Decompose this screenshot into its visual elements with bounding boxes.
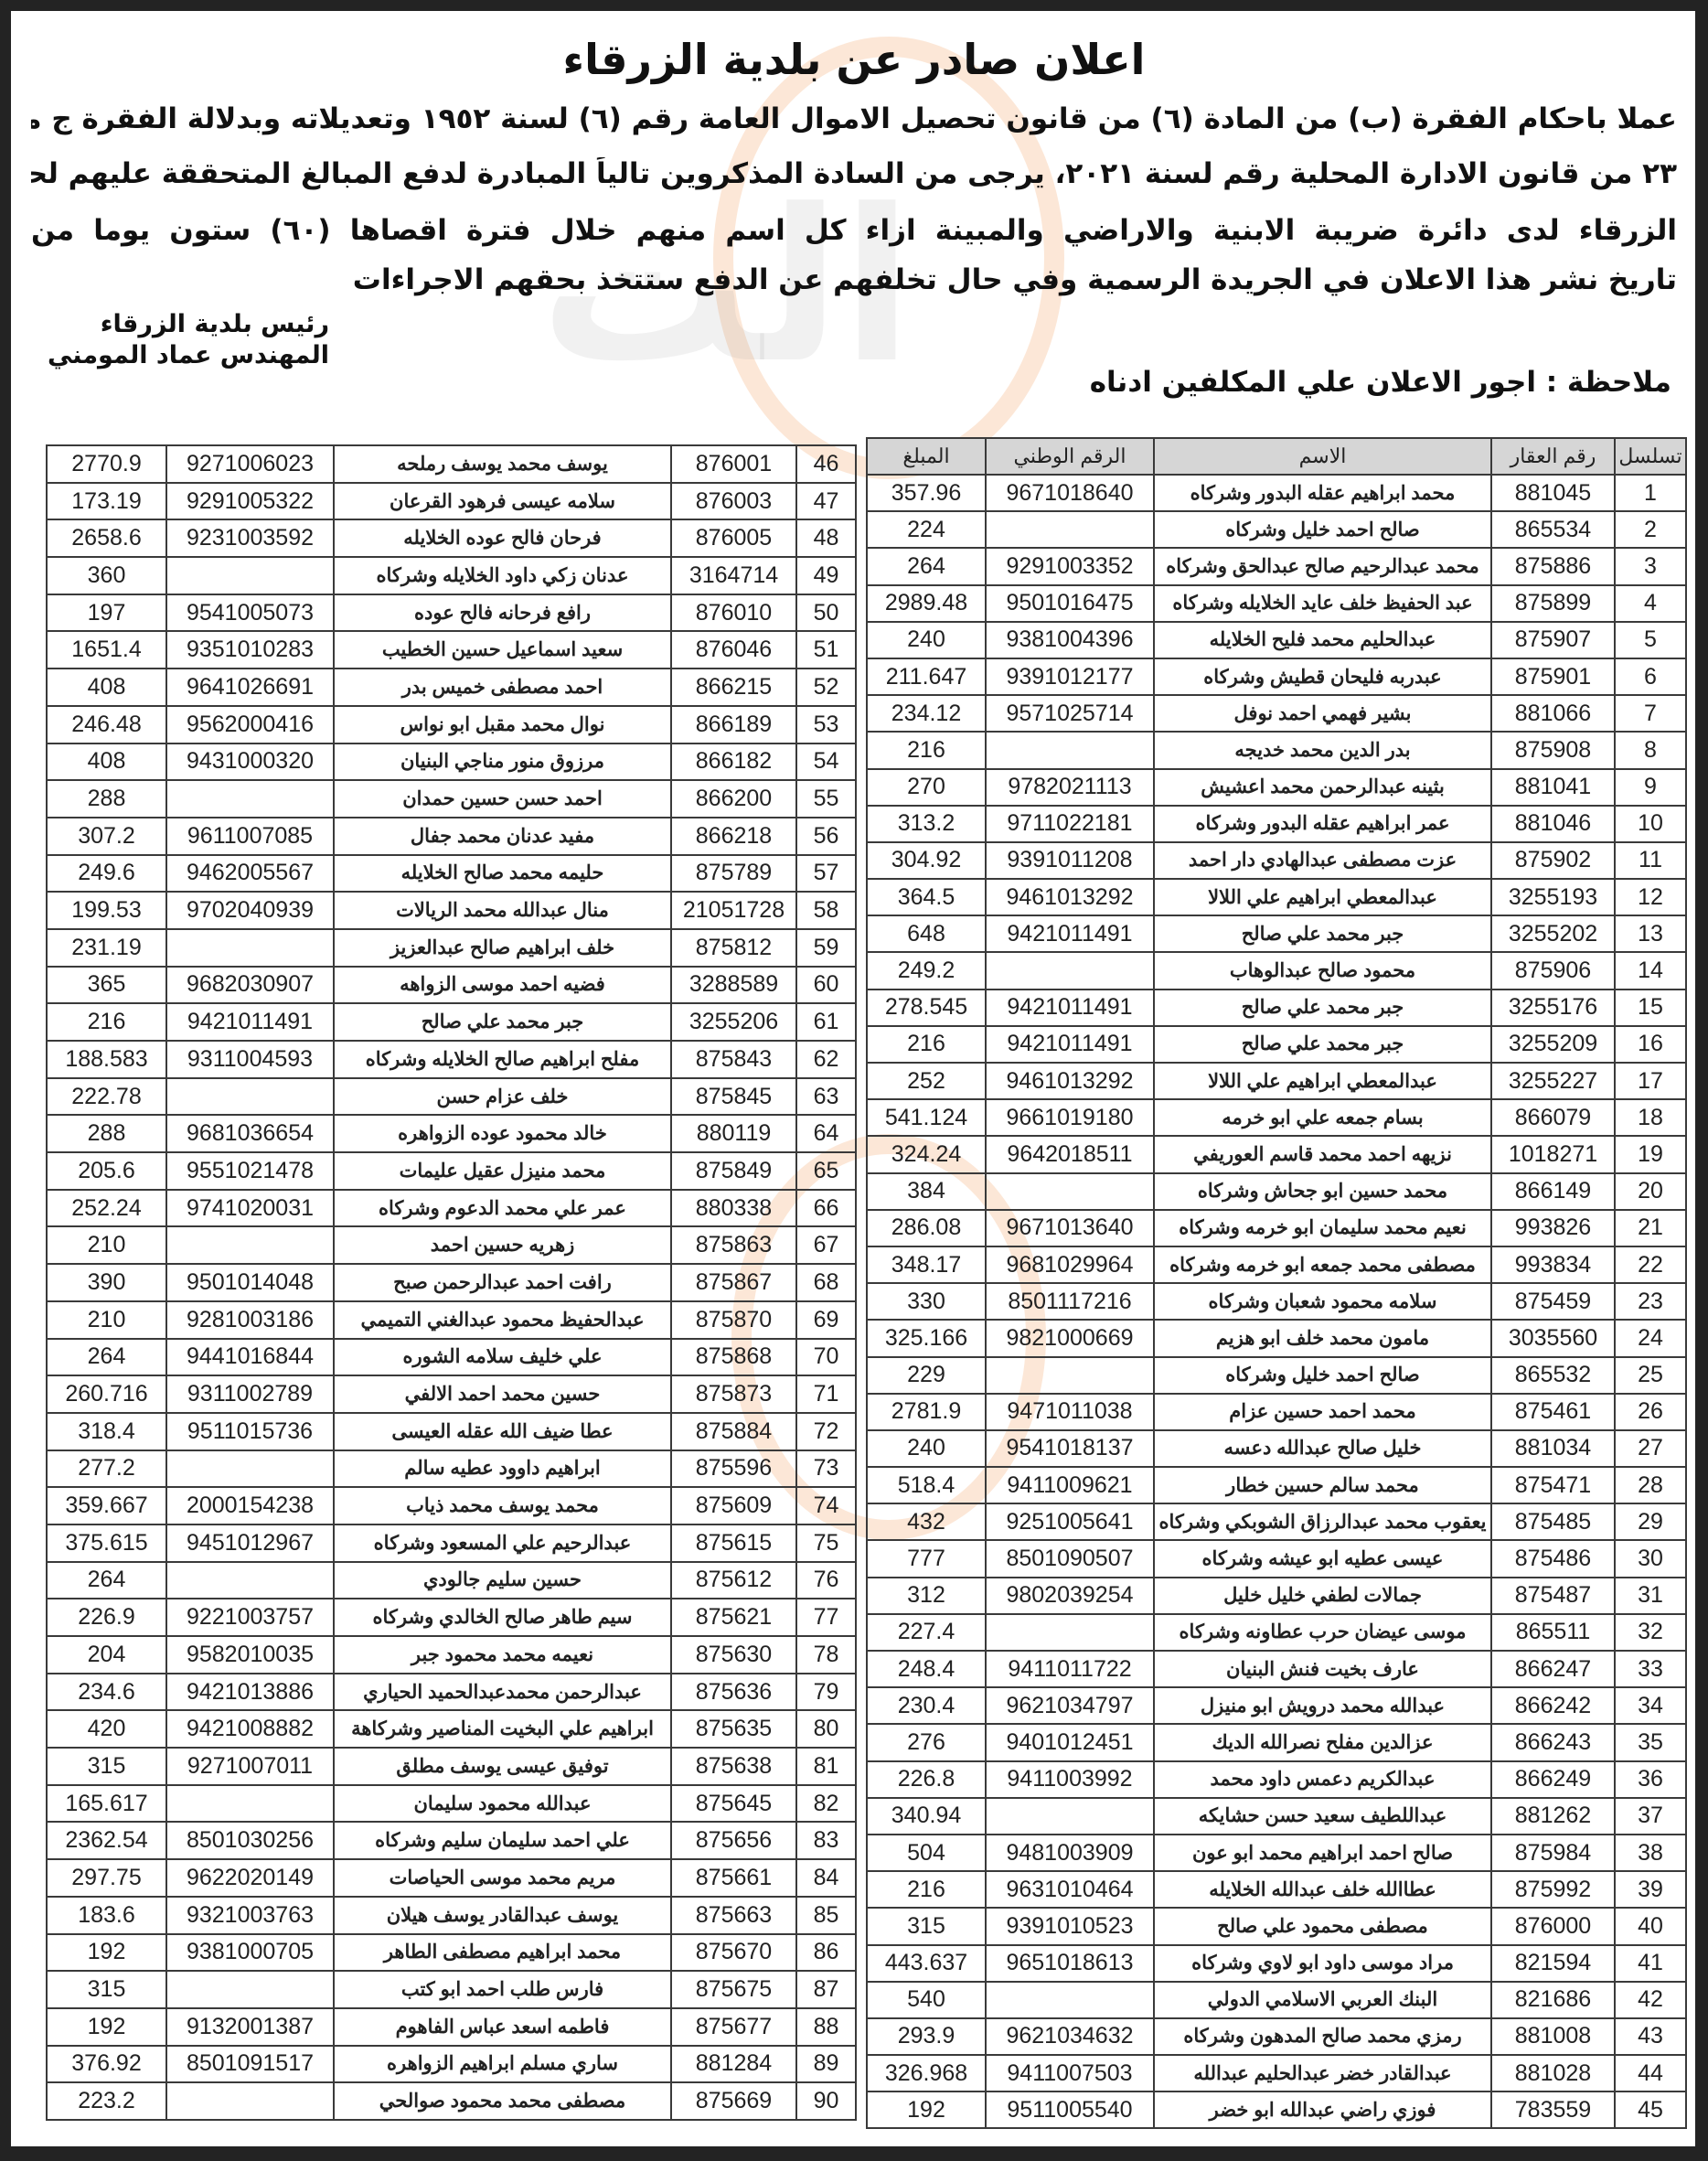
cell-national-no: 9411009621 bbox=[986, 1467, 1154, 1503]
cell-name: جبر محمد علي صالح bbox=[334, 1003, 671, 1041]
cell-property-no: 821686 bbox=[1491, 1982, 1615, 2018]
cell-amount: 278.545 bbox=[867, 990, 986, 1026]
cell-amount: 240 bbox=[867, 1430, 986, 1467]
cell-amount: 313.2 bbox=[867, 806, 986, 842]
cell-national-no: 9391011208 bbox=[986, 842, 1154, 879]
table-row: 163255209جبر محمد علي صالح9421011491216 bbox=[867, 1026, 1686, 1063]
cell-national-no: 9321003763 bbox=[166, 1897, 334, 1934]
cell-national-no: 9541018137 bbox=[986, 1430, 1154, 1467]
cell-serial: 52 bbox=[796, 669, 856, 706]
cell-national-no: 9471011038 bbox=[986, 1394, 1154, 1430]
table-row: 72875884عطا ضيف الله عقله العيسى95110157… bbox=[47, 1413, 856, 1450]
table-row: 7881066بشير فهمي احمد نوفل9571025714234.… bbox=[867, 695, 1686, 732]
cell-amount: 192 bbox=[47, 1934, 166, 1972]
cell-name: نعيمه محمد محمود جبر bbox=[334, 1636, 671, 1674]
table-right: تسلسل رقم العقار الاسم الرقم الوطني المب… bbox=[866, 437, 1687, 2129]
cell-national-no: 9582010035 bbox=[166, 1636, 334, 1674]
cell-property-no: 875677 bbox=[671, 2008, 796, 2046]
cell-property-no: 881046 bbox=[1491, 806, 1615, 842]
cell-name: سيم طاهر صالح الخالدي وشركاه bbox=[334, 1599, 671, 1636]
cell-amount: 420 bbox=[47, 1710, 166, 1748]
table-row: 85875663يوسف عبدالقادر يوسف هيلان9321003… bbox=[47, 1897, 856, 1934]
cell-serial: 29 bbox=[1615, 1503, 1686, 1540]
cell-serial: 74 bbox=[796, 1487, 856, 1524]
cell-national-no: 9411007503 bbox=[986, 2055, 1154, 2091]
cell-serial: 87 bbox=[796, 1971, 856, 2008]
signature-block: رئيس بلدية الزرقاء المهندس عماد المومني bbox=[37, 309, 329, 371]
table-row: 77875621سيم طاهر صالح الخالدي وشركاه9221… bbox=[47, 1599, 856, 1636]
cell-amount: 2781.9 bbox=[867, 1394, 986, 1430]
table-row: 55866200احمد حسن حسين حمدان288 bbox=[47, 780, 856, 818]
cell-amount: 270 bbox=[867, 769, 986, 806]
table-row: 35866243عزالدين مفلح نصرالله الديك940101… bbox=[867, 1724, 1686, 1760]
cell-property-no: 3255202 bbox=[1491, 915, 1615, 952]
table-row: 38875984صالح احمد ابراهيم محمد ابو عون94… bbox=[867, 1835, 1686, 1871]
cell-amount: 315 bbox=[867, 1908, 986, 1944]
cell-serial: 4 bbox=[1615, 585, 1686, 622]
table-row: 75875615عبدالرحيم علي المسعود وشركاه9451… bbox=[47, 1524, 856, 1562]
cell-amount: 390 bbox=[47, 1264, 166, 1301]
cell-serial: 25 bbox=[1615, 1357, 1686, 1394]
cell-name: موسى عيضان حرب عطاونه وشركاه bbox=[1154, 1614, 1491, 1651]
cell-serial: 69 bbox=[796, 1301, 856, 1339]
cell-serial: 34 bbox=[1615, 1687, 1686, 1724]
cell-serial: 14 bbox=[1615, 952, 1686, 989]
cell-amount: 224 bbox=[867, 511, 986, 548]
cell-national-no: 9231003592 bbox=[166, 519, 334, 557]
cell-serial: 64 bbox=[796, 1115, 856, 1152]
cell-name: منال عبدالله محمد الريالات bbox=[334, 892, 671, 929]
table-row: 82875645عبدالله محمود سليمان165.617 bbox=[47, 1785, 856, 1823]
cell-serial: 83 bbox=[796, 1822, 856, 1859]
cell-serial: 10 bbox=[1615, 806, 1686, 842]
cell-national-no: 9571025714 bbox=[986, 695, 1154, 732]
cell-national-no bbox=[166, 780, 334, 818]
cell-national-no: 9381000705 bbox=[166, 1934, 334, 1972]
cell-amount: 210 bbox=[47, 1226, 166, 1264]
cell-serial: 61 bbox=[796, 1003, 856, 1041]
cell-serial: 48 bbox=[796, 519, 856, 557]
cell-property-no: 881028 bbox=[1491, 2055, 1615, 2091]
cell-serial: 22 bbox=[1615, 1246, 1686, 1283]
cell-name: عزت مصطفى عبدالهادي دار احمد bbox=[1154, 842, 1491, 879]
table-row: 88875677فاطمه اسعد عباس الفاهوم913200138… bbox=[47, 2008, 856, 2046]
cell-amount: 312 bbox=[867, 1578, 986, 1614]
cell-serial: 70 bbox=[796, 1339, 856, 1376]
cell-national-no: 9132001387 bbox=[166, 2008, 334, 2046]
cell-property-no: 880338 bbox=[671, 1190, 796, 1227]
cell-national-no: 2000154238 bbox=[166, 1487, 334, 1524]
table-row: 14875906محمود صالح عبدالوهاب249.2 bbox=[867, 952, 1686, 989]
cell-national-no: 9291003352 bbox=[986, 548, 1154, 584]
cell-property-no: 3164714 bbox=[671, 557, 796, 594]
cell-national-no bbox=[986, 511, 1154, 548]
cell-name: عبدالرحيم علي المسعود وشركاه bbox=[334, 1524, 671, 1562]
cell-serial: 36 bbox=[1615, 1761, 1686, 1798]
cell-amount: 199.53 bbox=[47, 892, 166, 929]
cell-name: مصطفى محمد محمود صوالحي bbox=[334, 2082, 671, 2120]
cell-serial: 82 bbox=[796, 1785, 856, 1823]
cell-name: صالح احمد ابراهيم محمد ابو عون bbox=[1154, 1835, 1491, 1871]
cell-amount: 192 bbox=[867, 2091, 986, 2128]
cell-serial: 30 bbox=[1615, 1540, 1686, 1577]
cell-amount: 340.94 bbox=[867, 1798, 986, 1835]
cell-name: مفيد عدنان محمد جفال bbox=[334, 818, 671, 855]
cell-property-no: 875845 bbox=[671, 1078, 796, 1116]
cell-serial: 2 bbox=[1615, 511, 1686, 548]
cell-name: خلف عزام حسن bbox=[334, 1078, 671, 1116]
cell-name: مراد موسى داود ابو لاوي وشركاه bbox=[1154, 1945, 1491, 1982]
table-row: 133255202جبر محمد علي صالح9421011491648 bbox=[867, 915, 1686, 952]
cell-serial: 79 bbox=[796, 1674, 856, 1711]
cell-property-no: 866243 bbox=[1491, 1724, 1615, 1760]
cell-serial: 57 bbox=[796, 855, 856, 893]
header-serial: تسلسل bbox=[1615, 438, 1686, 475]
cell-property-no: 865532 bbox=[1491, 1357, 1615, 1394]
cell-serial: 62 bbox=[796, 1041, 856, 1078]
paragraph-line-3: الزرقاء لدى دائرة ضريبة الابنية والاراضي… bbox=[31, 214, 1677, 247]
header-national-no: الرقم الوطني bbox=[986, 438, 1154, 475]
cell-national-no: 9671013640 bbox=[986, 1210, 1154, 1246]
table-row: 89881284ساري مسلم ابراهيم الزواهره850109… bbox=[47, 2046, 856, 2083]
cell-national-no bbox=[166, 557, 334, 594]
cell-serial: 24 bbox=[1615, 1320, 1686, 1356]
cell-serial: 65 bbox=[796, 1152, 856, 1190]
cell-property-no: 875635 bbox=[671, 1710, 796, 1748]
cell-name: عدنان زكي داود الخلايله وشركاه bbox=[334, 557, 671, 594]
cell-national-no: 9421008882 bbox=[166, 1710, 334, 1748]
cell-name: عبداللطيف سعيد حسن حشايكه bbox=[1154, 1798, 1491, 1835]
cell-serial: 88 bbox=[796, 2008, 856, 2046]
cell-serial: 6 bbox=[1615, 658, 1686, 695]
cell-name: محمد عبدالرحيم صالح عبدالحق وشركاه bbox=[1154, 548, 1491, 584]
cell-property-no: 875645 bbox=[671, 1785, 796, 1823]
cell-property-no: 875621 bbox=[671, 1599, 796, 1636]
cell-serial: 67 bbox=[796, 1226, 856, 1264]
cell-national-no: 9461013292 bbox=[986, 1063, 1154, 1099]
cell-serial: 9 bbox=[1615, 769, 1686, 806]
cell-national-no bbox=[166, 1078, 334, 1116]
table-row: 52866215احمد مصطفى خميس بدر9641026691408 bbox=[47, 669, 856, 706]
cell-property-no: 875867 bbox=[671, 1264, 796, 1301]
table-row: 57875789حليمه محمد صالح الخلايله94620055… bbox=[47, 855, 856, 893]
cell-serial: 12 bbox=[1615, 879, 1686, 915]
cell-amount: 249.2 bbox=[867, 952, 986, 989]
cell-national-no: 9711022181 bbox=[986, 806, 1154, 842]
table-row: 56866218مفيد عدنان محمد جفال961100708530… bbox=[47, 818, 856, 855]
cell-national-no: 9421011491 bbox=[986, 990, 1154, 1026]
cell-property-no: 866189 bbox=[671, 706, 796, 744]
cell-property-no: 875789 bbox=[671, 855, 796, 893]
cell-amount: 330 bbox=[867, 1283, 986, 1320]
cell-name: عبدربه فليحان قطيش وشركاه bbox=[1154, 658, 1491, 695]
cell-name: علي احمد سليمان سليم وشركاه bbox=[334, 1822, 671, 1859]
cell-amount: 252 bbox=[867, 1063, 986, 1099]
cell-amount: 376.92 bbox=[47, 2046, 166, 2083]
cell-national-no: 9481003909 bbox=[986, 1835, 1154, 1871]
table-row: 53866189نوال محمد مقبل ابو نواس956200041… bbox=[47, 706, 856, 744]
cell-serial: 35 bbox=[1615, 1724, 1686, 1760]
cell-property-no: 3255206 bbox=[671, 1003, 796, 1041]
cell-serial: 39 bbox=[1615, 1871, 1686, 1908]
cell-property-no: 876003 bbox=[671, 483, 796, 520]
cell-serial: 47 bbox=[796, 483, 856, 520]
cell-serial: 18 bbox=[1615, 1099, 1686, 1136]
table-row: 67875863زهريه حسين احمد210 bbox=[47, 1226, 856, 1264]
table-row: 3875886محمد عبدالرحيم صالح عبدالحق وشركا… bbox=[867, 548, 1686, 584]
cell-property-no: 875907 bbox=[1491, 622, 1615, 658]
cell-national-no: 9641026691 bbox=[166, 669, 334, 706]
cell-name: عبدالرحمن محمدعبدالحميد الحياري bbox=[334, 1674, 671, 1711]
cell-property-no: 865511 bbox=[1491, 1614, 1615, 1651]
cell-national-no: 9782021113 bbox=[986, 769, 1154, 806]
cell-name: عبدالحليم محمد فليح الخلايله bbox=[1154, 622, 1491, 658]
table-row: 80875635ابراهيم علي البخيت المناصير وشرك… bbox=[47, 1710, 856, 1748]
note-line: ملاحظة : اجور الاعلان علي المكلفين ادناه bbox=[1090, 366, 1671, 399]
table-row: 29875485يعقوب محمد عبدالرزاق الشوبكي وشر… bbox=[867, 1503, 1686, 1540]
cell-name: عيسى عطيه ابو عيشه وشركاه bbox=[1154, 1540, 1491, 1577]
cell-serial: 11 bbox=[1615, 842, 1686, 879]
table-header-row: تسلسل رقم العقار الاسم الرقم الوطني المب… bbox=[867, 438, 1686, 475]
cell-national-no: 9441016844 bbox=[166, 1339, 334, 1376]
cell-name: محمود صالح عبدالوهاب bbox=[1154, 952, 1491, 989]
cell-property-no: 875612 bbox=[671, 1562, 796, 1599]
cell-name: فارس طلب احمد ابو كتب bbox=[334, 1971, 671, 2008]
cell-amount: 365 bbox=[47, 967, 166, 1004]
cell-property-no: 783559 bbox=[1491, 2091, 1615, 2128]
cell-property-no: 881284 bbox=[671, 2046, 796, 2083]
cell-national-no: 9821000669 bbox=[986, 1320, 1154, 1356]
cell-name: فاطمه اسعد عباس الفاهوم bbox=[334, 2008, 671, 2046]
cell-name: بشير فهمي احمد نوفل bbox=[1154, 695, 1491, 732]
cell-amount: 384 bbox=[867, 1173, 986, 1210]
cell-name: سلامه عيسى فرهود القرعان bbox=[334, 483, 671, 520]
table-row: 2865534صالح احمد خليل وشركاه224 bbox=[867, 511, 1686, 548]
cell-amount: 2362.54 bbox=[47, 1822, 166, 1859]
cell-national-no: 9682030907 bbox=[166, 967, 334, 1004]
cell-serial: 68 bbox=[796, 1264, 856, 1301]
table-row: 86875670محمد ابراهيم مصطفى الطاهر9381000… bbox=[47, 1934, 856, 1972]
cell-property-no: 3288589 bbox=[671, 967, 796, 1004]
table-row: 6875901عبدربه فليحان قطيش وشركاه93910121… bbox=[867, 658, 1686, 695]
cell-serial: 73 bbox=[796, 1450, 856, 1488]
header-amount: المبلغ bbox=[867, 438, 986, 475]
table-row: 123255193عبدالمعطي ابراهيم علي اللالا946… bbox=[867, 879, 1686, 915]
cell-amount: 357.96 bbox=[867, 475, 986, 511]
cell-amount: 504 bbox=[867, 1835, 986, 1871]
cell-serial: 3 bbox=[1615, 548, 1686, 584]
cell-national-no: 9631010464 bbox=[986, 1871, 1154, 1908]
cell-name: حليمه محمد صالح الخلايله bbox=[334, 855, 671, 893]
table-row: 79875636عبدالرحمن محمدعبدالحميد الحياري9… bbox=[47, 1674, 856, 1711]
cell-name: احمد مصطفى خميس بدر bbox=[334, 669, 671, 706]
table-row: 50876010رافع فرحانه فالح عوده95410050731… bbox=[47, 594, 856, 632]
cell-national-no: 9681029964 bbox=[986, 1246, 1154, 1283]
cell-serial: 43 bbox=[1615, 2018, 1686, 2055]
cell-name: عزالدين مفلح نصرالله الديك bbox=[1154, 1724, 1491, 1760]
table-row: 173255227عبدالمعطي ابراهيم علي اللالا946… bbox=[867, 1063, 1686, 1099]
table-row: 23875459سلامه محمود شعبان وشركاه85011172… bbox=[867, 1283, 1686, 1320]
cell-name: عبدالمعطي ابراهيم علي اللالا bbox=[1154, 1063, 1491, 1099]
cell-amount: 293.9 bbox=[867, 2018, 986, 2055]
cell-serial: 28 bbox=[1615, 1467, 1686, 1503]
cell-property-no: 875669 bbox=[671, 2082, 796, 2120]
cell-serial: 42 bbox=[1615, 1982, 1686, 2018]
table-row: 62875843مفلح ابراهيم صالح الخلايله وشركا… bbox=[47, 1041, 856, 1078]
table-row: 613255206جبر محمد علي صالح9421011491216 bbox=[47, 1003, 856, 1041]
cell-property-no: 875843 bbox=[671, 1041, 796, 1078]
header-property-no: رقم العقار bbox=[1491, 438, 1615, 475]
cell-property-no: 866149 bbox=[1491, 1173, 1615, 1210]
cell-property-no: 881008 bbox=[1491, 2018, 1615, 2055]
table-row: 54866182مرزوق منور مناجي البنيان94310003… bbox=[47, 744, 856, 781]
table-row: 31875487جمالات لطفي خليل خليل98020392543… bbox=[867, 1578, 1686, 1614]
cell-serial: 72 bbox=[796, 1413, 856, 1450]
cell-property-no: 866215 bbox=[671, 669, 796, 706]
table-row: 9881041بثينه عبدالرحمن محمد اعشيش9782021… bbox=[867, 769, 1686, 806]
cell-amount: 432 bbox=[867, 1503, 986, 1540]
paragraph-line-1: عملا باحكام الفقرة (ب) من المادة (٦) من … bbox=[31, 102, 1677, 135]
cell-serial: 63 bbox=[796, 1078, 856, 1116]
table-row: 153255176جبر محمد علي صالح9421011491278.… bbox=[867, 990, 1686, 1026]
cell-national-no: 9431000320 bbox=[166, 744, 334, 781]
cell-amount: 264 bbox=[47, 1339, 166, 1376]
cell-national-no: 9651018613 bbox=[986, 1945, 1154, 1982]
cell-property-no: 866249 bbox=[1491, 1761, 1615, 1798]
cell-property-no: 875636 bbox=[671, 1674, 796, 1711]
cell-national-no bbox=[166, 1785, 334, 1823]
cell-national-no: 9461013292 bbox=[986, 879, 1154, 915]
cell-amount: 326.968 bbox=[867, 2055, 986, 2091]
cell-amount: 216 bbox=[867, 732, 986, 768]
cell-name: عبدالقادر خضر عبدالحليم عبدالله bbox=[1154, 2055, 1491, 2091]
cell-property-no: 875902 bbox=[1491, 842, 1615, 879]
cell-serial: 56 bbox=[796, 818, 856, 855]
cell-national-no: 9501014048 bbox=[166, 1264, 334, 1301]
table-left: 46876001يوسف محمد يوسف رملحه927100602327… bbox=[46, 444, 857, 2121]
cell-national-no: 9611007085 bbox=[166, 818, 334, 855]
cell-amount: 252.24 bbox=[47, 1190, 166, 1227]
cell-amount: 359.667 bbox=[47, 1487, 166, 1524]
cell-property-no: 875609 bbox=[671, 1487, 796, 1524]
cell-serial: 15 bbox=[1615, 990, 1686, 1026]
cell-amount: 286.08 bbox=[867, 1210, 986, 1246]
cell-national-no: 9741020031 bbox=[166, 1190, 334, 1227]
cell-national-no: 9681036654 bbox=[166, 1115, 334, 1152]
cell-name: جبر محمد علي صالح bbox=[1154, 990, 1491, 1026]
cell-name: علي خليف سلامه الشوره bbox=[334, 1339, 671, 1376]
cell-national-no bbox=[166, 1450, 334, 1488]
cell-name: يعقوب محمد عبدالرزاق الشوبكي وشركاه bbox=[1154, 1503, 1491, 1540]
table-row: 20866149محمد حسين ابو جحاش وشركاه384 bbox=[867, 1173, 1686, 1210]
cell-serial: 78 bbox=[796, 1636, 856, 1674]
table-row: 90875669مصطفى محمد محمود صوالحي223.2 bbox=[47, 2082, 856, 2120]
cell-name: محمد احمد حسين عزام bbox=[1154, 1394, 1491, 1430]
table-row: 39875992عطاالله خلف عبدالله الخلايله9631… bbox=[867, 1871, 1686, 1908]
cell-name: احمد حسن حسين حمدان bbox=[334, 780, 671, 818]
cell-name: البنك العربي الاسلامي الدولي bbox=[1154, 1982, 1491, 2018]
table-row: 30875486عيسى عطيه ابو عيشه وشركاه8501090… bbox=[867, 1540, 1686, 1577]
cell-amount: 227.4 bbox=[867, 1614, 986, 1651]
cell-national-no: 9621034632 bbox=[986, 2018, 1154, 2055]
cell-national-no: 9311002789 bbox=[166, 1375, 334, 1413]
cell-amount: 188.583 bbox=[47, 1041, 166, 1078]
cell-name: خالد محمود عوده الزواهره bbox=[334, 1115, 671, 1152]
table-row: 493164714عدنان زكي داود الخلايله وشركاه3… bbox=[47, 557, 856, 594]
cell-serial: 27 bbox=[1615, 1430, 1686, 1467]
cell-national-no: 9702040939 bbox=[166, 892, 334, 929]
cell-amount: 205.6 bbox=[47, 1152, 166, 1190]
cell-name: بسام جمعه علي ابو خرمه bbox=[1154, 1099, 1491, 1136]
cell-national-no: 9411011722 bbox=[986, 1651, 1154, 1687]
cell-property-no: 881066 bbox=[1491, 695, 1615, 732]
cell-name: عمر علي محمد الدعوم وشركاه bbox=[334, 1190, 671, 1227]
cell-national-no: 9421011491 bbox=[986, 1026, 1154, 1063]
cell-amount: 223.2 bbox=[47, 2082, 166, 2120]
cell-name: نوال محمد مقبل ابو نواس bbox=[334, 706, 671, 744]
cell-name: صالح احمد خليل وشركاه bbox=[1154, 1357, 1491, 1394]
cell-amount: 324.24 bbox=[867, 1136, 986, 1172]
cell-name: يوسف محمد يوسف رملحه bbox=[334, 445, 671, 483]
cell-property-no: 875615 bbox=[671, 1524, 796, 1562]
cell-property-no: 875471 bbox=[1491, 1467, 1615, 1503]
cell-national-no: 9421011491 bbox=[986, 915, 1154, 952]
table-row: 18866079بسام جمعه علي ابو خرمه9661019180… bbox=[867, 1099, 1686, 1136]
cell-national-no: 9551021478 bbox=[166, 1152, 334, 1190]
cell-amount: 288 bbox=[47, 1115, 166, 1152]
cell-name: محمد ابراهيم مصطفى الطاهر bbox=[334, 1934, 671, 1972]
cell-amount: 304.92 bbox=[867, 842, 986, 879]
cell-property-no: 875908 bbox=[1491, 732, 1615, 768]
cell-name: محمد سالم حسين خطار bbox=[1154, 1467, 1491, 1503]
cell-serial: 90 bbox=[796, 2082, 856, 2120]
cell-amount: 315 bbox=[47, 1748, 166, 1785]
cell-property-no: 821594 bbox=[1491, 1945, 1615, 1982]
cell-name: توفيق عيسى يوسف مطلق bbox=[334, 1748, 671, 1785]
cell-national-no: 9221003757 bbox=[166, 1599, 334, 1636]
cell-serial: 55 bbox=[796, 780, 856, 818]
cell-property-no: 875901 bbox=[1491, 658, 1615, 695]
cell-amount: 1651.4 bbox=[47, 631, 166, 669]
cell-national-no bbox=[986, 1614, 1154, 1651]
cell-name: رمزي محمد صالح المدهون وشركاه bbox=[1154, 2018, 1491, 2055]
cell-name: جبر محمد علي صالح bbox=[1154, 915, 1491, 952]
cell-national-no: 9271007011 bbox=[166, 1748, 334, 1785]
table-row: 48876005فرحان فالح عوده الخلايله92310035… bbox=[47, 519, 856, 557]
signature-name: المهندس عماد المومني bbox=[37, 340, 329, 371]
cell-property-no: 3255176 bbox=[1491, 990, 1615, 1026]
cell-property-no: 875884 bbox=[671, 1413, 796, 1450]
cell-national-no: 9381004396 bbox=[986, 622, 1154, 658]
cell-national-no: 9391010523 bbox=[986, 1908, 1154, 1944]
cell-amount: 222.78 bbox=[47, 1078, 166, 1116]
cell-property-no: 881262 bbox=[1491, 1798, 1615, 1835]
cell-amount: 260.716 bbox=[47, 1375, 166, 1413]
cell-serial: 50 bbox=[796, 594, 856, 632]
cell-national-no bbox=[166, 929, 334, 967]
table-row: 44881028عبدالقادر خضر عبدالحليم عبدالله9… bbox=[867, 2055, 1686, 2091]
cell-property-no: 875630 bbox=[671, 1636, 796, 1674]
cell-national-no: 9661019180 bbox=[986, 1099, 1154, 1136]
cell-name: مصطفى محمود علي صالح bbox=[1154, 1908, 1491, 1944]
cell-amount: 248.4 bbox=[867, 1651, 986, 1687]
cell-serial: 81 bbox=[796, 1748, 856, 1785]
cell-national-no: 9621034797 bbox=[986, 1687, 1154, 1724]
cell-serial: 44 bbox=[1615, 2055, 1686, 2091]
cell-serial: 20 bbox=[1615, 1173, 1686, 1210]
cell-name: محمد يوسف محمد ذياب bbox=[334, 1487, 671, 1524]
cell-amount: 277.2 bbox=[47, 1450, 166, 1488]
